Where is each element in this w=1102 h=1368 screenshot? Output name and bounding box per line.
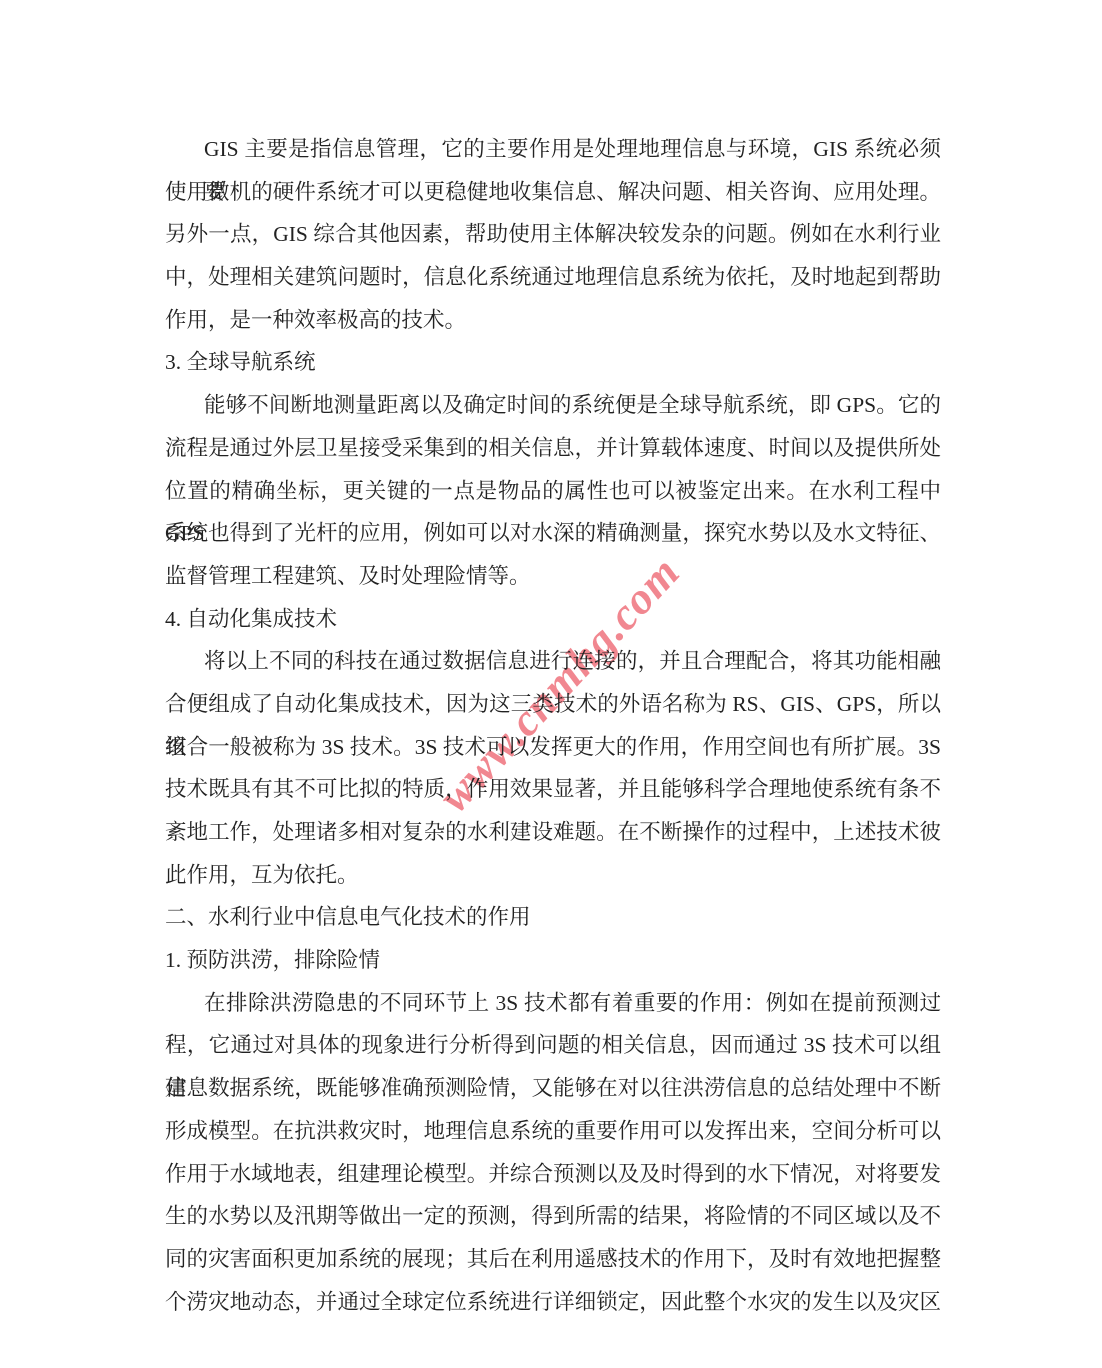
- text-line: 紊地工作，处理诸多相对复杂的水利建设难题。在不断操作的过程中，上述技术彼: [165, 811, 941, 854]
- text-line: 同的灾害面积更加系统的展现；其后在利用遥感技术的作用下，及时有效地把握整: [165, 1238, 941, 1281]
- text-line: 位置的精确坐标，更关键的一点是物品的属性也可以被鉴定出来。在水利工程中 GPS: [165, 470, 941, 513]
- document-body: GIS 主要是指信息管理，它的主要作用是处理地理信息与环境，GIS 系统必须要使…: [165, 128, 941, 1323]
- text-line: 3. 全球导航系统: [165, 341, 941, 384]
- text-line: 组合一般被称为 3S 技术。3S 技术可以发挥更大的作用，作用空间也有所扩展。3…: [165, 726, 941, 769]
- text-line: 1. 预防洪涝，排除险情: [165, 939, 941, 982]
- text-line: 在排除洪涝隐患的不同环节上 3S 技术都有着重要的作用：例如在提前预测过: [165, 982, 941, 1025]
- text-line: 形成模型。在抗洪救灾时，地理信息系统的重要作用可以发挥出来，空间分析可以: [165, 1110, 941, 1153]
- text-line: GIS 主要是指信息管理，它的主要作用是处理地理信息与环境，GIS 系统必须要: [165, 128, 941, 171]
- text-line: 作用，是一种效率极高的技术。: [165, 299, 941, 342]
- text-line: 生的水势以及汛期等做出一定的预测，得到所需的结果，将险情的不同区域以及不: [165, 1195, 941, 1238]
- text-line: 此作用，互为依托。: [165, 854, 941, 897]
- text-line: 监督管理工程建筑、及时处理险情等。: [165, 555, 941, 598]
- text-line: 作用于水域地表，组建理论模型。并综合预测以及及时得到的水下情况，对将要发: [165, 1153, 941, 1196]
- text-line: 程，它通过对具体的现象进行分析得到问题的相关信息，因而通过 3S 技术可以组建: [165, 1024, 941, 1067]
- text-line: 二、水利行业中信息电气化技术的作用: [165, 896, 941, 939]
- text-line: 个涝灾地动态，并通过全球定位系统进行详细锁定，因此整个水灾的发生以及灾区: [165, 1281, 941, 1324]
- text-line: 中，处理相关建筑问题时，信息化系统通过地理信息系统为依托，及时地起到帮助: [165, 256, 941, 299]
- text-line: 能够不间断地测量距离以及确定时间的系统便是全球导航系统，即 GPS。它的: [165, 384, 941, 427]
- text-line: 使用微机的硬件系统才可以更稳健地收集信息、解决问题、相关咨询、应用处理。: [165, 171, 941, 214]
- text-line: 信息数据系统，既能够准确预测险情，又能够在对以往洪涝信息的总结处理中不断: [165, 1067, 941, 1110]
- text-line: 系统也得到了光杆的应用，例如可以对水深的精确测量，探究水势以及水文特征、: [165, 512, 941, 555]
- text-line: 技术既具有其不可比拟的特质，作用效果显著，并且能够科学合理地使系统有条不: [165, 768, 941, 811]
- text-line: 合便组成了自动化集成技术，因为这三类技术的外语名称为 RS、GIS、GPS，所以…: [165, 683, 941, 726]
- text-line: 将以上不同的科技在通过数据信息进行连接的，并且合理配合，将其功能相融: [165, 640, 941, 683]
- text-line: 另外一点，GIS 综合其他因素，帮助使用主体解决较发杂的问题。例如在水利行业: [165, 213, 941, 256]
- text-line: 4. 自动化集成技术: [165, 598, 941, 641]
- text-line: 流程是通过外层卫星接受采集到的相关信息，并计算载体速度、时间以及提供所处: [165, 427, 941, 470]
- document-page: www.cnmhg.com GIS 主要是指信息管理，它的主要作用是处理地理信息…: [0, 0, 1102, 1368]
